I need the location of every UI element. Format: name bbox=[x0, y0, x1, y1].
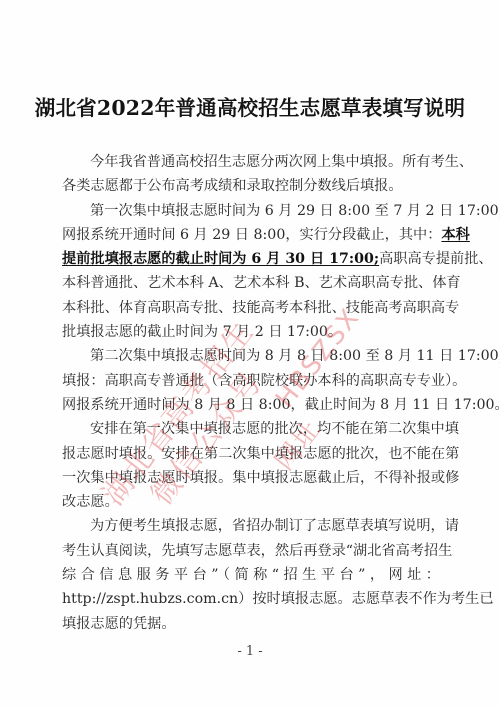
paragraph-line-text: 网报系统开通时间 6 月 29 日 8:00，实行分段截止，其中： bbox=[62, 227, 441, 243]
paragraph-line: http://zspt.hubzs.com.cn）按时填报志愿。志愿草表不作为考… bbox=[62, 587, 440, 611]
document-body: 今年我省普通高校招生志愿分两次网上集中填报。所有考生、 各类志愿都于公布高考成绩… bbox=[62, 150, 440, 636]
paragraph-line: 综合信息服务平台”（简称“招生平台”，网址： bbox=[62, 563, 440, 587]
emphasis-deadline: 提前批填报志愿的截止时间为 6 月 30 日 17:00; bbox=[62, 251, 379, 267]
paragraph-line: 为方便考生填报志愿，省招办制订了志愿草表填写说明，请 bbox=[62, 514, 440, 538]
document-page: 湖北省2022年普通高校招生志愿草表填写说明 今年我省普通高校招生志愿分两次网上… bbox=[0, 0, 500, 707]
paragraph-line: 第一次集中填报志愿时间为 6 月 29 日 8:00 至 7 月 2 日 17:… bbox=[62, 199, 440, 223]
paragraph-line: 安排在第一次集中填报志愿的批次，均不能在第二次集中填 bbox=[62, 417, 440, 441]
emphasis-deadline-start: 本科 bbox=[441, 227, 469, 243]
paragraph-line: 填报：高职高专普通批（含高职院校联办本科的高职高专专业）。 bbox=[62, 369, 440, 393]
paragraph-line: 填报志愿的凭据。 bbox=[62, 612, 440, 636]
paragraph-line: 今年我省普通高校招生志愿分两次网上集中填报。所有考生、 bbox=[62, 150, 440, 174]
paragraph-line: 本科普通批、艺术本科 A、艺术本科 B、艺术高职高专批、体育 bbox=[62, 271, 440, 295]
paragraph-line: 批填报志愿的截止时间为 7 月 2 日 17:00。 bbox=[62, 320, 440, 344]
paragraph-3: 第二次集中填报志愿时间为 8 月 8 日 8:00 至 8 月 11 日 17:… bbox=[62, 344, 440, 417]
paragraph-5: 为方便考生填报志愿，省招办制订了志愿草表填写说明，请 考生认真阅读，先填写志愿草… bbox=[62, 514, 440, 635]
paragraph-line: 第二次集中填报志愿时间为 8 月 8 日 8:00 至 8 月 11 日 17:… bbox=[62, 344, 440, 368]
paragraph-line: 各类志愿都于公布高考成绩和录取控制分数线后填报。 bbox=[62, 174, 440, 198]
page-number: - 1 - bbox=[0, 644, 500, 659]
paragraph-line-text: 高职高专提前批、 bbox=[379, 251, 493, 267]
paragraph-1: 今年我省普通高校招生志愿分两次网上集中填报。所有考生、 各类志愿都于公布高考成绩… bbox=[62, 150, 440, 199]
paragraph-line: 考生认真阅读，先填写志愿草表，然后再登录“湖北省高考招生 bbox=[62, 539, 440, 563]
paragraph-line: 改志愿。 bbox=[62, 490, 440, 514]
document-title: 湖北省2022年普通高校招生志愿草表填写说明 bbox=[0, 91, 500, 121]
paragraph-line: 提前批填报志愿的截止时间为 6 月 30 日 17:00;高职高专提前批、 bbox=[62, 247, 440, 271]
paragraph-4: 安排在第一次集中填报志愿的批次，均不能在第二次集中填 报志愿时填报。安排在第二次… bbox=[62, 417, 440, 514]
paragraph-line: 本科批、体育高职高专批、技能高考本科批、技能高考高职高专 bbox=[62, 296, 440, 320]
paragraph-2: 第一次集中填报志愿时间为 6 月 29 日 8:00 至 7 月 2 日 17:… bbox=[62, 199, 440, 345]
paragraph-line: 报志愿时填报。安排在第二次集中填报志愿的批次，也不能在第 bbox=[62, 442, 440, 466]
paragraph-line: 网报系统开通时间 6 月 29 日 8:00，实行分段截止，其中：本科 bbox=[62, 223, 440, 247]
paragraph-line: 一次集中填报志愿时填报。集中填报志愿截止后，不得补报或修 bbox=[62, 466, 440, 490]
paragraph-line: 网报系统开通时间为 8 月 8 日 8:00，截止时间为 8 月 11 日 17… bbox=[62, 393, 440, 417]
